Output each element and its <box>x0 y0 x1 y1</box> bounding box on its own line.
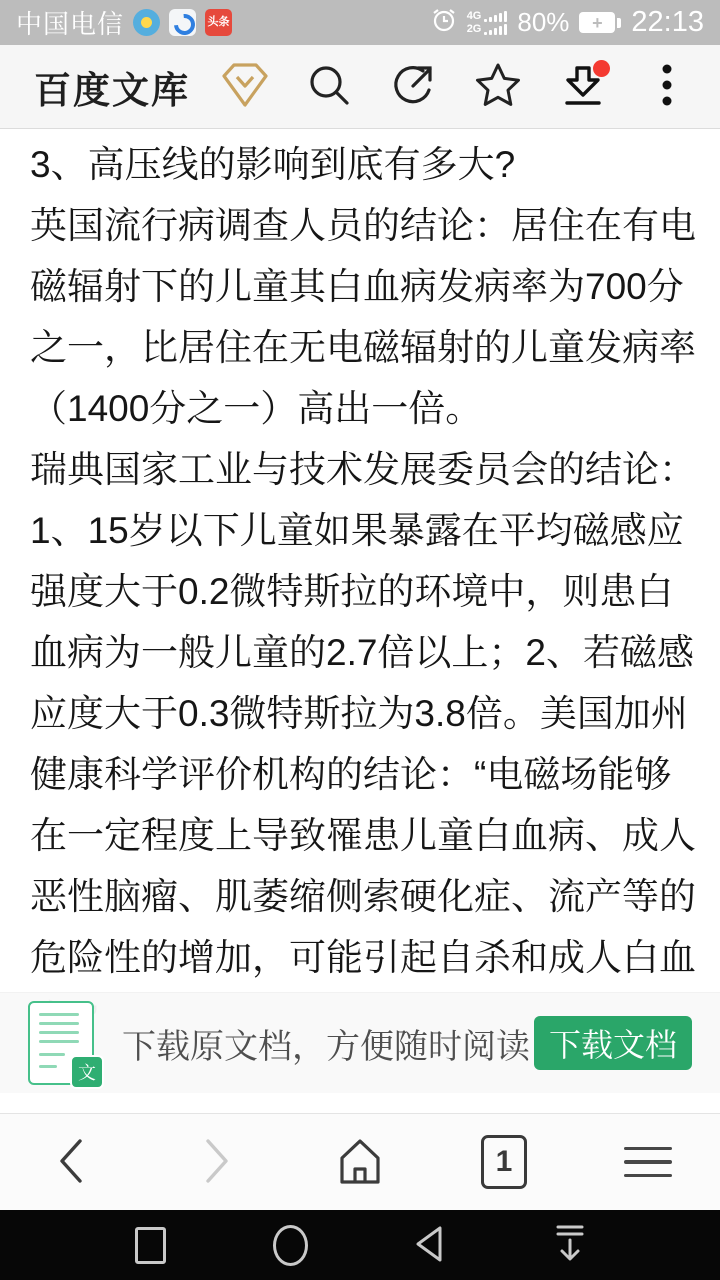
android-navigation-bar <box>0 1210 720 1280</box>
browser-back-button[interactable] <box>36 1126 108 1198</box>
browser-menu-button[interactable] <box>612 1126 684 1198</box>
overflow-menu-icon <box>661 62 673 111</box>
search-button[interactable] <box>304 62 354 112</box>
home-circle-icon <box>273 1225 308 1266</box>
network-type-label: 4G <box>467 11 482 22</box>
vip-diamond-icon <box>220 62 270 111</box>
app-title: 百度文库 <box>34 60 190 114</box>
weather-icon <box>133 9 160 36</box>
document-text-line: 强度大于0.2微特斯拉的环境中，则患白 <box>30 557 720 618</box>
clock-label: 22:13 <box>631 6 704 39</box>
browser-tabs-button[interactable]: 1 <box>468 1126 540 1198</box>
document-text-line: 磁辐射下的儿童其白血病发病率为700分 <box>30 252 720 313</box>
back-button[interactable] <box>412 1225 448 1265</box>
share-button[interactable] <box>389 62 439 112</box>
battery-charging-icon: + <box>579 12 621 33</box>
download-button[interactable] <box>558 62 608 112</box>
battery-percent-label: 80% <box>517 7 569 38</box>
browser-home-button[interactable] <box>324 1126 396 1198</box>
browser-forward-button[interactable] <box>180 1126 252 1198</box>
download-document-button[interactable]: 下载文档 <box>534 1016 692 1070</box>
carrier-label: 中国电信 <box>16 4 124 41</box>
document-text-line: 1、15岁以下儿童如果暴露在平均磁感应 <box>30 496 720 557</box>
search-icon <box>306 62 352 111</box>
document-text-line: 恶性脑瘤、肌萎缩侧索硬化症、流产等的 <box>30 862 720 923</box>
banner-message: 下载原文档，方便随时阅读 <box>122 1019 530 1068</box>
header-toolbar <box>220 62 692 112</box>
qq-browser-icon <box>169 9 196 36</box>
browser-navigation-bar: 1 <box>0 1113 720 1210</box>
document-text: 3、高压线的影响到底有多大? 英国流行病调查人员的结论：居住在有电 磁辐射下的儿… <box>0 130 720 1045</box>
forward-chevron-icon <box>196 1136 236 1189</box>
document-text-line: （1400分之一）高出一倍。 <box>30 374 720 435</box>
document-text-line: 血病为一般儿童的2.7倍以上；2、若磁感 <box>30 618 720 679</box>
home-button[interactable] <box>272 1225 308 1265</box>
recents-square-icon <box>135 1227 166 1264</box>
back-chevron-icon <box>52 1136 92 1189</box>
document-text-line: 瑞典国家工业与技术发展委员会的结论： <box>30 435 720 496</box>
alarm-icon <box>431 7 457 38</box>
menu-icon <box>624 1147 672 1178</box>
network-type-label: 2G <box>467 24 482 35</box>
signal-strength-icon: 4G 2G <box>467 11 508 35</box>
more-button[interactable] <box>642 62 692 112</box>
app-header: 百度文库 <box>0 45 720 129</box>
document-text-line: 在一定程度上导致罹患儿童白血病、成人 <box>30 801 720 862</box>
tab-counter: 1 <box>481 1135 527 1189</box>
back-triangle-icon <box>413 1224 447 1267</box>
recents-button[interactable] <box>132 1225 168 1265</box>
star-icon <box>474 62 522 111</box>
document-file-icon: 文 <box>28 1001 94 1085</box>
document-text-line: 3、高压线的影响到底有多大? <box>30 130 720 191</box>
status-bar-right: 4G 2G 80% + 22:13 <box>431 6 704 39</box>
share-icon <box>391 62 437 111</box>
status-bar: 中国电信 头条 4G 2G <box>0 0 720 45</box>
document-page[interactable]: 3、高压线的影响到底有多大? 英国流行病调查人员的结论：居住在有电 磁辐射下的儿… <box>0 130 720 1280</box>
phone-screen: 中国电信 头条 4G 2G <box>0 0 720 1280</box>
notification-pulldown-button[interactable] <box>552 1225 588 1265</box>
document-text-line: 英国流行病调查人员的结论：居住在有电 <box>30 191 720 252</box>
toutiao-icon: 头条 <box>205 9 232 36</box>
notification-badge <box>593 60 610 77</box>
download-banner: 文 下载原文档，方便随时阅读 下载文档 <box>0 993 720 1093</box>
favorite-button[interactable] <box>473 62 523 112</box>
vip-button[interactable] <box>220 62 270 112</box>
document-text-line: 之一，比居住在无电磁辐射的儿童发病率 <box>30 313 720 374</box>
doc-badge-icon: 文 <box>70 1055 104 1089</box>
pulldown-icon <box>553 1223 587 1268</box>
home-icon <box>335 1136 385 1189</box>
document-text-line: 应度大于0.3微特斯拉为3.8倍。美国加州 <box>30 679 720 740</box>
document-text-line: 危险性的增加，可能引起自杀和成人白血 <box>30 923 720 984</box>
status-bar-left: 中国电信 头条 <box>16 4 232 41</box>
document-text-line: 健康科学评价机构的结论：“电磁场能够 <box>30 740 720 801</box>
